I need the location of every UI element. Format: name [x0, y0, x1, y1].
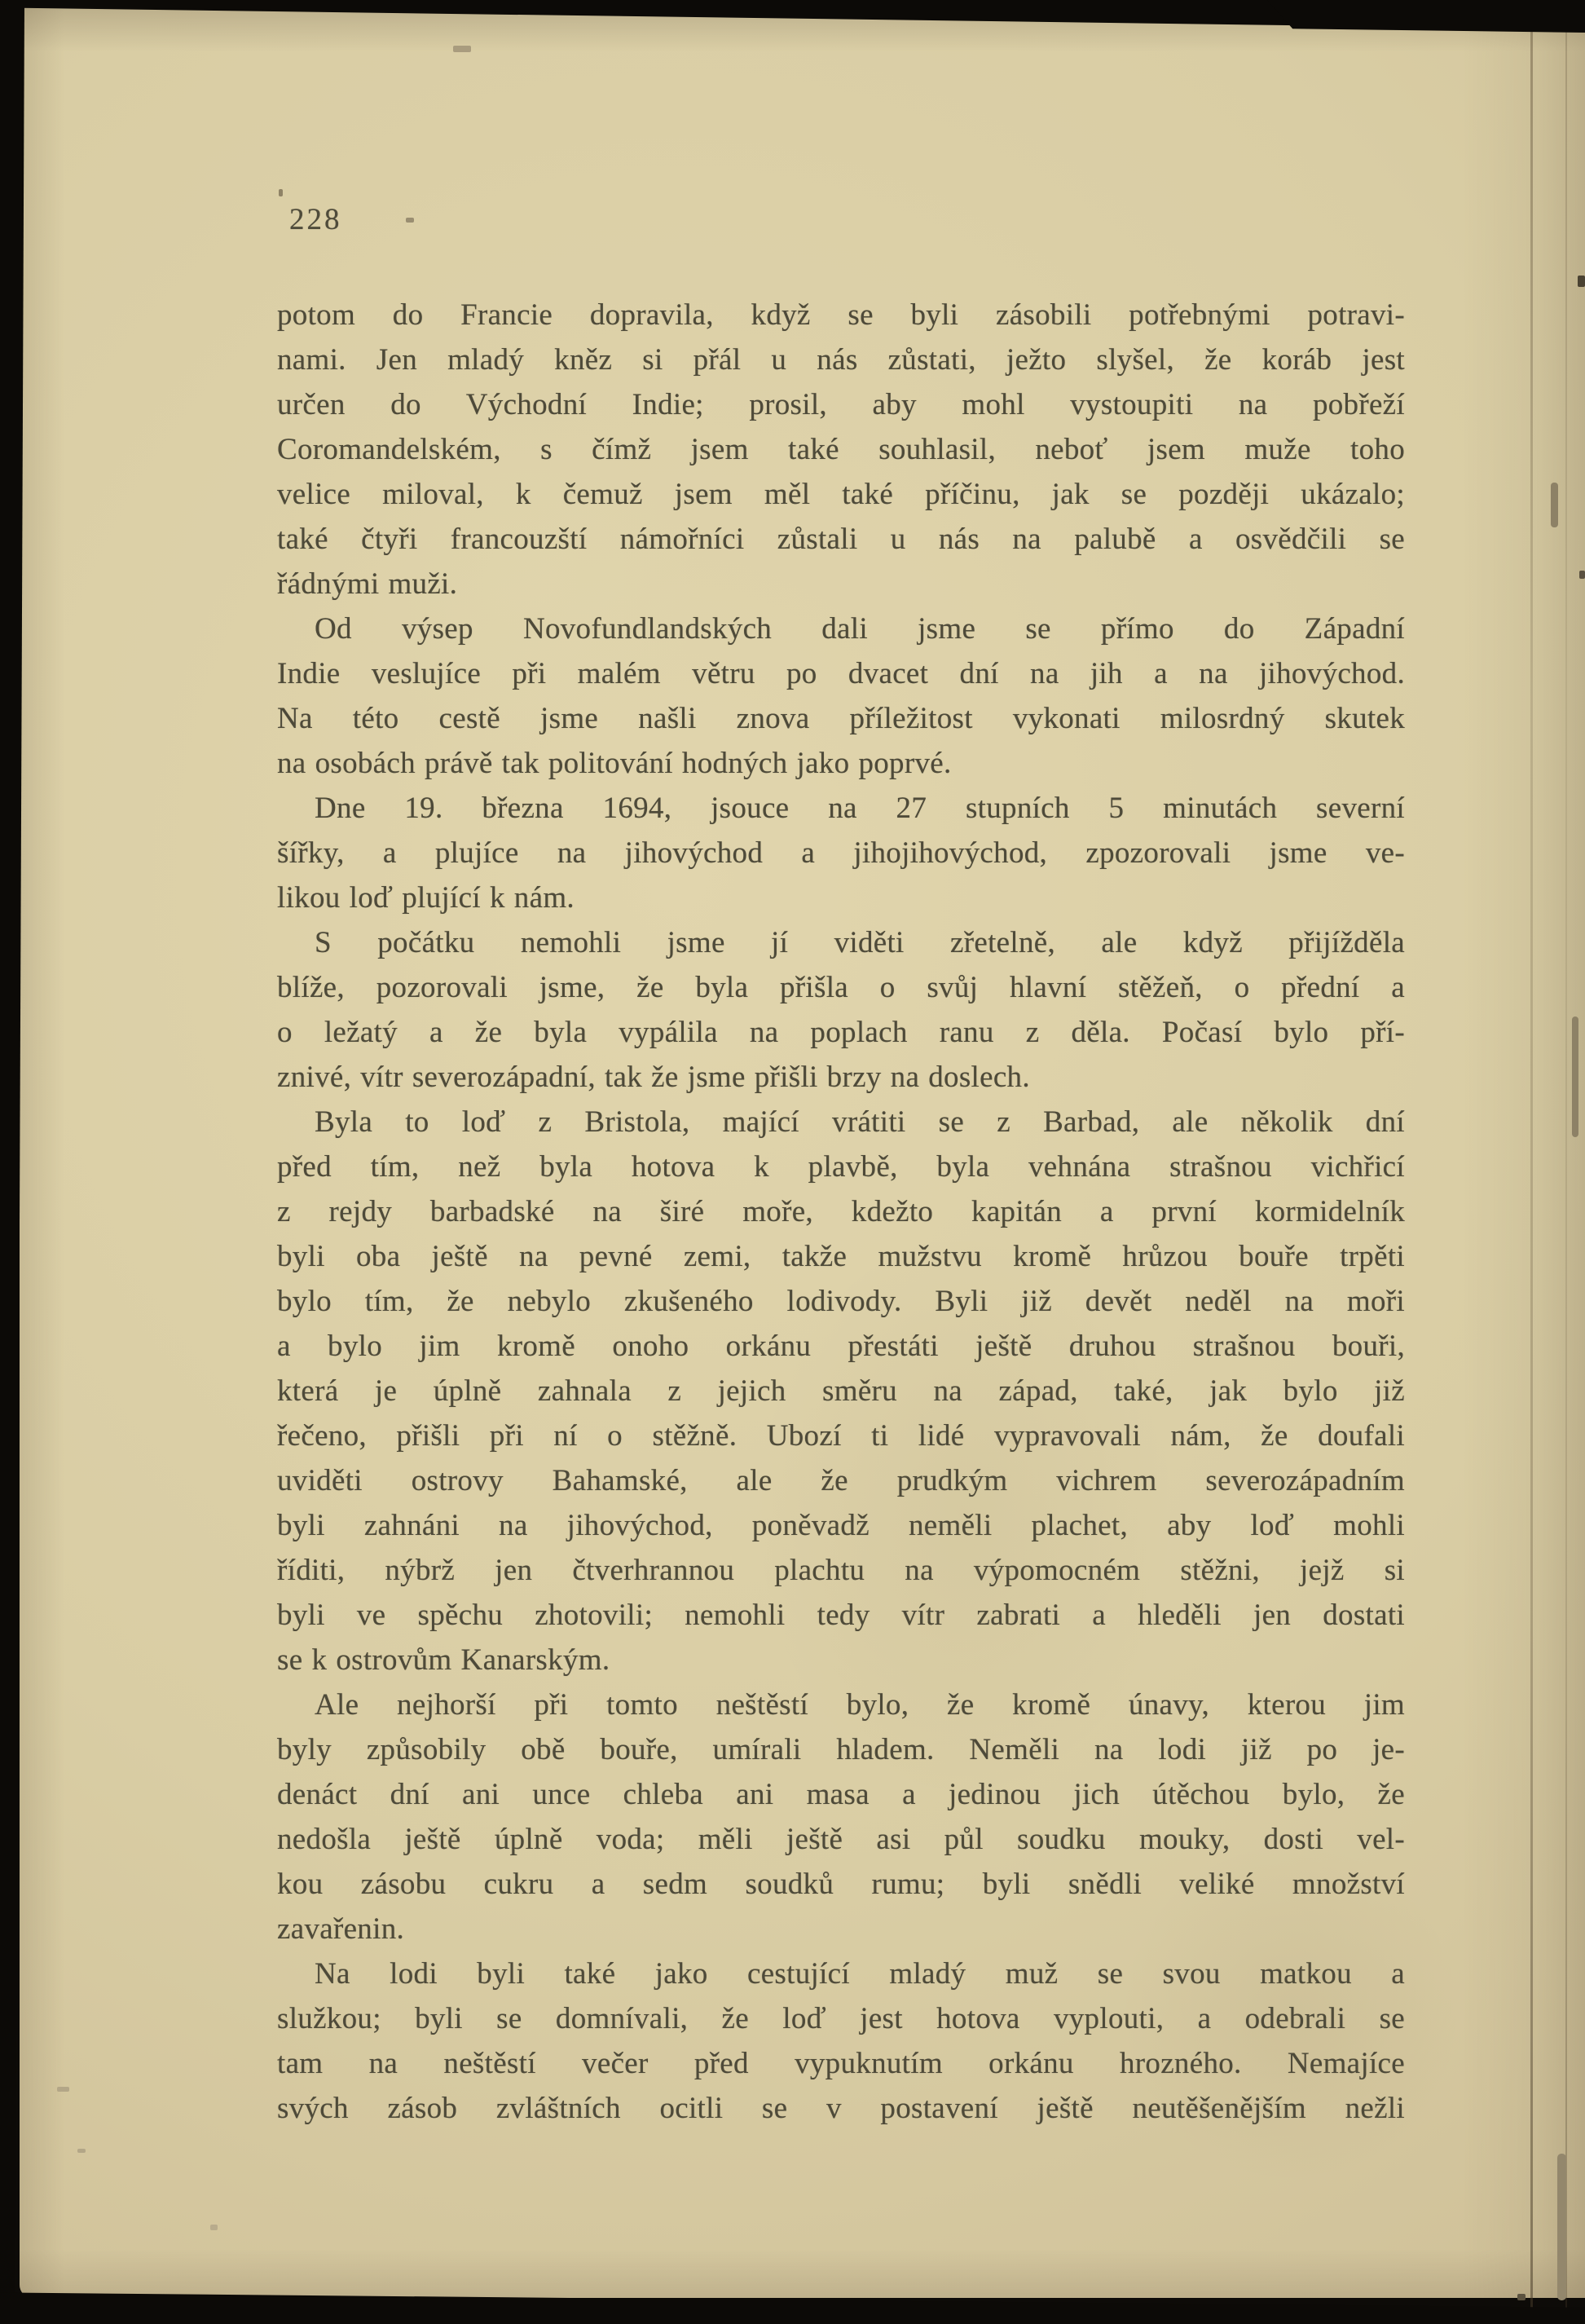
text-line: z rejdy barbadské na širé moře, kdežto k…: [277, 1189, 1405, 1234]
ink-speck: [406, 218, 414, 223]
text-line: řečeno, přišli při ní o stěžně. Ubozí ti…: [277, 1413, 1405, 1458]
text-line: nami. Jen mladý kněz si přál u nás zůsta…: [277, 337, 1405, 382]
text-line: velice miloval, k čemuž jsem měl také př…: [277, 472, 1405, 517]
text-line: služkou; byli se domnívali, že loď jest …: [277, 1996, 1405, 2041]
ink-speck: [279, 189, 283, 196]
text-line: byly způsobily obě bouře, umírali hladem…: [277, 1727, 1405, 1772]
paragraph: S počátku nemohli jsme jí viděti zřeteln…: [277, 920, 1405, 1100]
page-number: 228: [289, 202, 342, 237]
text-line: bylo tím, že nebylo zkušeného lodivody. …: [277, 1279, 1405, 1324]
text-line: Na lodi byli také jako cestující mladý m…: [277, 1951, 1405, 1996]
text-line: Indie veslujíce při malém větru po dvace…: [277, 651, 1405, 696]
ink-speck: [1551, 483, 1558, 527]
text-line: šířky, a plujíce na jihovýchod a jihojih…: [277, 831, 1405, 875]
ink-speck: [57, 2087, 69, 2092]
text-line: Dne 19. března 1694, jsouce na 27 stupní…: [277, 786, 1405, 831]
text-line: říditi, nýbrž jen čtverhrannou plachtu n…: [277, 1548, 1405, 1593]
ink-speck: [1579, 571, 1585, 579]
text-line: a bylo jim kromě onoho orkánu přestáti j…: [277, 1324, 1405, 1369]
text-line: likou loď plující k nám.: [277, 875, 1405, 920]
text-line: zavařenin.: [277, 1907, 1405, 1951]
text-line: tam na neštěstí večer před vypuknutím or…: [277, 2041, 1405, 2086]
text-line: blíže, pozorovali jsme, že byla přišla o…: [277, 965, 1405, 1010]
paragraph: potom do Francie dopravila, když se byli…: [277, 293, 1405, 606]
text-line: která je úplně zahnala z jejich směru na…: [277, 1369, 1405, 1413]
ink-speck: [77, 2149, 86, 2153]
paragraph: Od výsep Novofundlandských dali jsme se …: [277, 606, 1405, 786]
text-line: určen do Východní Indie; prosil, aby moh…: [277, 382, 1405, 427]
text-line: znivé, vítr severozápadní, tak že jsme p…: [277, 1055, 1405, 1100]
paragraph: Na lodi byli také jako cestující mladý m…: [277, 1951, 1405, 2131]
text-line: Coromandelském, s čímž jsem také souhlas…: [277, 427, 1405, 472]
text-line: Na této cestě jsme našli znova příležito…: [277, 696, 1405, 741]
text-line: Ale nejhorší při tomto neštěstí bylo, že…: [277, 1682, 1405, 1727]
text-line: nedošla ještě úplně voda; měli ještě asi…: [277, 1817, 1405, 1862]
paragraph: Byla to loď z Bristola, mající vrátiti s…: [277, 1100, 1405, 1682]
text-line: se k ostrovům Kanarským.: [277, 1638, 1405, 1682]
paragraph: Dne 19. března 1694, jsouce na 27 stupní…: [277, 786, 1405, 920]
ink-speck: [453, 46, 471, 52]
text-line: byli ve spěchu zhotovili; nemohli tedy v…: [277, 1593, 1405, 1638]
text-line: řádnými muži.: [277, 562, 1405, 606]
paper-sheet: 228 potom do Francie dopravila, když se …: [20, 7, 1585, 2298]
page-crease: [1565, 0, 1567, 2324]
text-line: o ležatý a že byla vypálila na poplach r…: [277, 1010, 1405, 1055]
text-line: Byla to loď z Bristola, mající vrátiti s…: [277, 1100, 1405, 1144]
page-crease: [1530, 0, 1533, 2324]
text-line: denáct dní ani unce chleba ani masa a je…: [277, 1772, 1405, 1817]
text-line: byli oba ještě na pevné zemi, takže mužs…: [277, 1234, 1405, 1279]
text-line: potom do Francie dopravila, když se byli…: [277, 293, 1405, 337]
ink-speck: [1517, 2294, 1526, 2300]
book-page-scan: 228 potom do Francie dopravila, když se …: [0, 0, 1585, 2324]
text-line: na osobách právě tak politování hodných …: [277, 741, 1405, 786]
text-line: S počátku nemohli jsme jí viděti zřeteln…: [277, 920, 1405, 965]
ink-speck: [1578, 276, 1585, 287]
ink-speck: [1557, 2154, 1566, 2300]
text-line: uviděti ostrovy Bahamské, ale že prudkým…: [277, 1458, 1405, 1503]
scan-border-top-right: [1267, 0, 1585, 33]
text-line: Od výsep Novofundlandských dali jsme se …: [277, 606, 1405, 651]
text-line: byli zahnáni na jihovýchod, poněvadž nem…: [277, 1503, 1405, 1548]
ink-speck: [210, 2225, 218, 2230]
text-line: také čtyři francouzští námořníci zůstali…: [277, 517, 1405, 562]
text-line: svých zásob zvláštních ocitli se v posta…: [277, 2086, 1405, 2131]
page-text: potom do Francie dopravila, když se byli…: [277, 293, 1405, 2131]
paragraph: Ale nejhorší při tomto neštěstí bylo, že…: [277, 1682, 1405, 1951]
text-line: před tím, než byla hotova k plavbě, byla…: [277, 1144, 1405, 1189]
ink-speck: [1572, 1016, 1578, 1137]
text-line: kou zásobu cukru a sedm soudků rumu; byl…: [277, 1862, 1405, 1907]
